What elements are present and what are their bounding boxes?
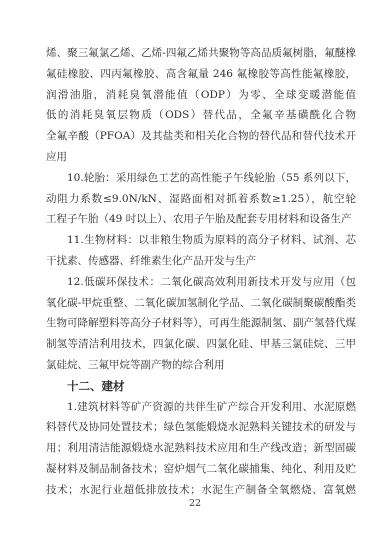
text-line: 低的消耗臭氧层物质（ODS）替代品，全氟辛基磺酰化合物（PFOS）、 [46,105,356,126]
section-heading: 十二、建材 [46,376,356,397]
text-block: 烯、聚三氟氯乙烯、乙烯-四氟乙烯共聚物等高品质氟树脂，氟醚橡胶、 氟硅橡胶、四丙… [46,43,356,501]
text-line: 干扰素、传感器、纤维素生化产品开发与生产 [46,251,356,272]
text-line: 氟硅橡胶、四丙氟橡胶、高含氟量 246 氟橡胶等高性能氟橡胶，含氟 [46,64,356,85]
text-line: 11.生物材料：以非粮生物质为原料的高分子材料、试剂、芯片、 [46,230,356,251]
text-line: 氯硅烷、三氟甲烷等副产物的综合利用 [46,355,356,376]
page-number: 22 [0,497,390,511]
text-line: 润滑油脂，消耗臭氧潜能值（ODP）为零、全球变暖潜能值（GWP） [46,85,356,106]
text-line: 工程子午胎（49 吋以上）、农用子午胎及配套专用材料和设备生产 [46,209,356,230]
text-line: 氧化碳-甲烷重整、二氧化碳加氢制化学品、二氧化碳制聚碳酸酯类和 [46,293,356,314]
text-line: 凝材料及制品制备技术；窑炉烟气二氧化碳捕集、纯化、利用及贮存 [46,459,356,480]
text-line: 生物可降解塑料等高分子材料等），可再生能源制氢、副产氢替代煤 [46,313,356,334]
text-line: 应用 [46,147,356,168]
text-line: 10.轮胎：采用绿色工艺的高性能子午线轮胎（55 系列以下，且滚 [46,168,356,189]
text-line: 动阻力系数≤9.0N/kN、湿路面相对抓着系数≥1.25），航空轮胎、巨型 [46,189,356,210]
text-line: 用；利用清洁能源煅烧水泥熟料技术应用和生产线改造；新型固碳胶 [46,438,356,459]
text-line: 1.建筑材料等矿产资源的共伴生矿产综合开发利用、水泥原燃材 [46,397,356,418]
text-line: 料替代及协同处置技术；绿色氢能煅烧水泥熟料关键技术的研发与应 [46,417,356,438]
text-line: 烯、聚三氟氯乙烯、乙烯-四氟乙烯共聚物等高品质氟树脂，氟醚橡胶、 [46,43,356,64]
text-line: 全氟辛酸（PFOA）及其盐类和相关化合物的替代品和替代技术开发和 [46,126,356,147]
text-line: 制氢等清洁利用技术，四氯化碳、四氯化硅、甲基三氯硅烷、三甲基 [46,334,356,355]
text-line: 12.低碳环保技术：二氧化碳高效利用新技术开发与应用（包括二 [46,272,356,293]
document-page: 烯、聚三氟氯乙烯、乙烯-四氟乙烯共聚物等高品质氟树脂，氟醚橡胶、 氟硅橡胶、四丙… [0,0,390,551]
